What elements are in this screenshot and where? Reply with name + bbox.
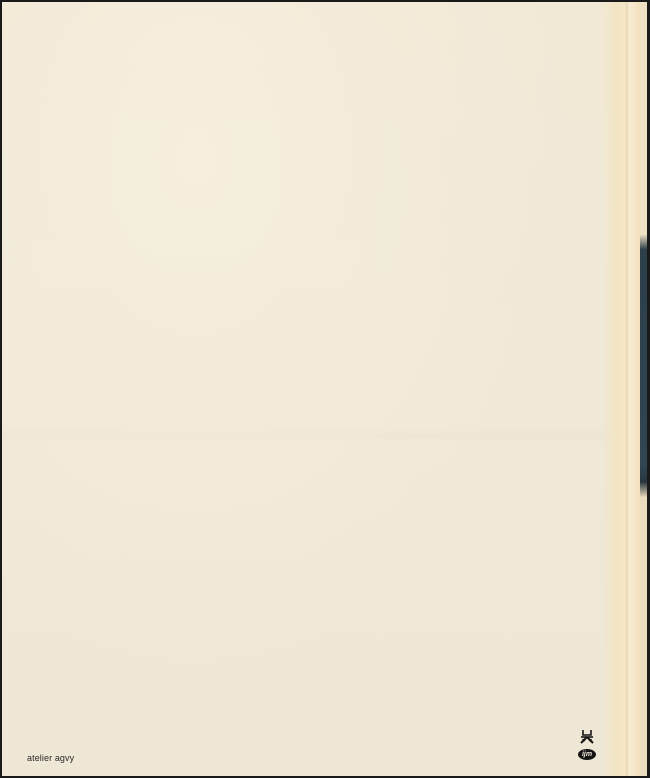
publisher-emblem-icon (578, 729, 596, 745)
book-back-cover: atelier agvy ijm (2, 2, 647, 776)
spine-strip (630, 2, 640, 776)
publisher-badge-text: ijm (582, 751, 592, 758)
spine-edge (640, 2, 647, 776)
publisher-badge: ijm (578, 749, 596, 760)
spine-shadow (602, 2, 626, 776)
design-credit: atelier agvy (27, 753, 74, 763)
